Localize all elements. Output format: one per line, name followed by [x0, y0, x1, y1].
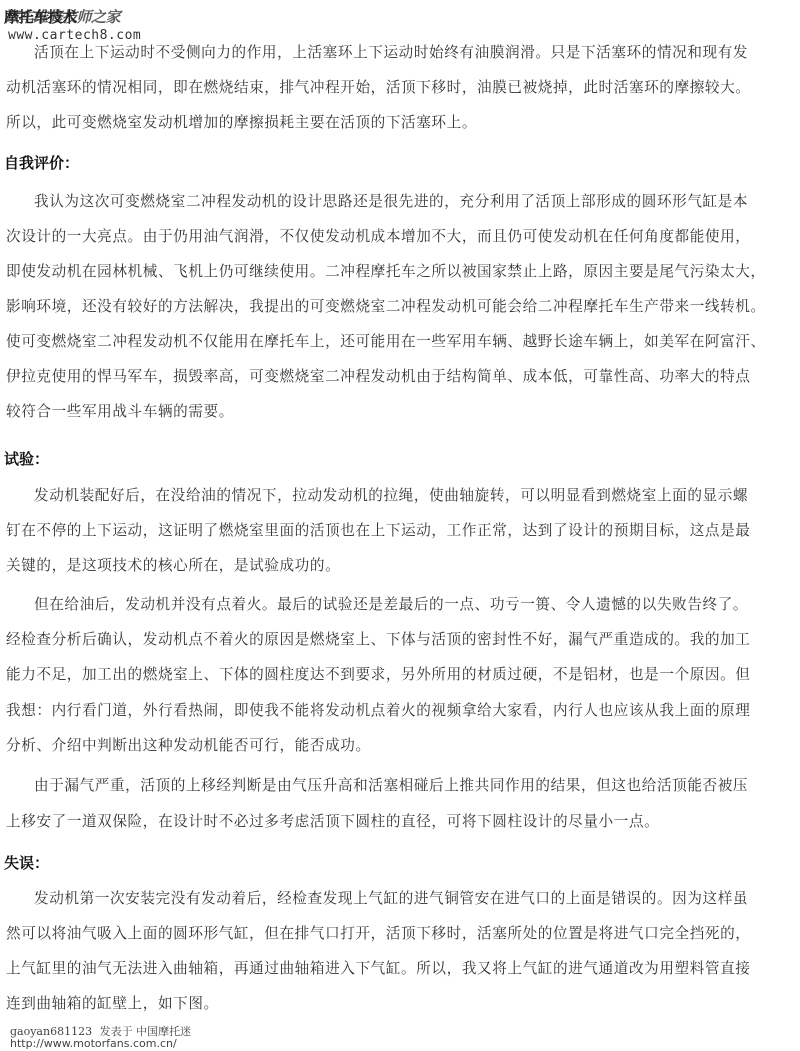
self-evaluation-line: 使可变燃烧室二冲程发动机不仅能用在摩托车上，还可能用在一些军用车辆、越野长途车辆…	[6, 333, 766, 351]
self-evaluation-line: 次设计的一大亮点。由于仍用油气润滑，不仅使发动机成本增加不大，而且仍可使发动机在…	[6, 228, 751, 246]
section-heading-mistakes: 失误：	[4, 852, 49, 873]
self-evaluation-line: 我认为这次可变燃烧室二冲程发动机的设计思路还是很先进的，充分利用了活顶上部形成的…	[34, 193, 748, 211]
experiment-line: 我想：内行看门道，外行看热闹，即使我不能将发动机点着火的视频拿给大家看，内行人也…	[6, 702, 751, 720]
experiment-line: 分析、介绍中判断出这种发动机能否可行，能否成功。	[6, 737, 371, 755]
self-evaluation-line: 较符合一些军用战斗车辆的需要。	[6, 403, 234, 421]
watermark-layer-b: 汽车维修技师之家	[4, 6, 120, 27]
experiment-line: 经检查分析后确认，发动机点不着火的原因是燃烧室上、下体与活顶的密封性不好，漏气严…	[6, 631, 751, 649]
experiment-line: 由于漏气严重，活顶的上移经判断是由气压升高和活塞相碰后上推共同作用的结果，但这也…	[34, 777, 748, 795]
intro-line: 所以，此可变燃烧室发动机增加的摩擦损耗主要在活顶的下活塞环上。	[6, 114, 477, 132]
intro-line: 活顶在上下运动时不受侧向力的作用，上活塞环上下运动时始终有油膜润滑。只是下活塞环…	[34, 44, 748, 62]
experiment-line: 发动机装配好后，在没给油的情况下，拉动发动机的拉绳，使曲轴旋转，可以明显看到燃烧…	[34, 487, 748, 505]
section-heading-self-evaluation: 自我评价：	[4, 152, 79, 173]
intro-line: 动机活塞环的情况相同，即在燃烧结束，排气冲程开始，活顶下移时，油膜已被烧掉，此时…	[6, 79, 751, 97]
experiment-line: 能力不足，加工出的燃烧室上、下体的圆柱度达不到要求，另外所用的材质过硬，不是铝材…	[6, 666, 751, 684]
self-evaluation-line: 即使发动机在园林机械、飞机上仍可继续使用。二冲程摩托车之所以被国家禁止上路，原因…	[6, 263, 766, 281]
mistakes-line: 连到曲轴箱的缸壁上，如下图。	[6, 995, 219, 1013]
experiment-line: 钉在不停的上下运动，这证明了燃烧室里面的活顶也在上下运动，工作正常，达到了设计的…	[6, 522, 751, 540]
experiment-line: 但在给油后，发动机并没有点着火。最后的试验还是差最后的一点、功亏一篑、令人遗憾的…	[34, 596, 748, 614]
mistakes-line: 然可以将油气吸入上面的圆环形气缸，但在排气口打开，活顶下移时，活塞所处的位置是将…	[6, 925, 751, 943]
site-watermark: 摩托车技术 汽车维修技师之家	[4, 6, 164, 28]
mistakes-line: 发动机第一次安装完没有发动着后，经检查发现上气缸的进气铜管安在进气口的上面是错误…	[34, 890, 748, 908]
section-heading-experiment: 试验：	[4, 448, 49, 469]
self-evaluation-line: 伊拉克使用的悍马军车，损毁率高，可变燃烧室二冲程发动机由于结构简单、成本低，可靠…	[6, 368, 751, 386]
self-evaluation-line: 影响环境，还没有较好的方法解决，我提出的可变燃烧室二冲程发动机可能会给二冲程摩托…	[6, 298, 766, 316]
experiment-line: 关键的，是这项技术的核心所在，是试验成功的。	[6, 557, 340, 575]
mistakes-line: 上气缸里的油气无法进入曲轴箱，再通过曲轴箱进入下气缸。所以，我又将上气缸的进气通…	[6, 960, 751, 978]
experiment-line: 上移安了一道双保险，在设计时不必过多考虑活顶下圆柱的直径，可将下圆柱设计的尽量小…	[6, 813, 659, 831]
source-url: http://www.motorfans.com.cn/	[10, 1037, 177, 1050]
site-url: www.cartech8.com	[8, 28, 141, 43]
